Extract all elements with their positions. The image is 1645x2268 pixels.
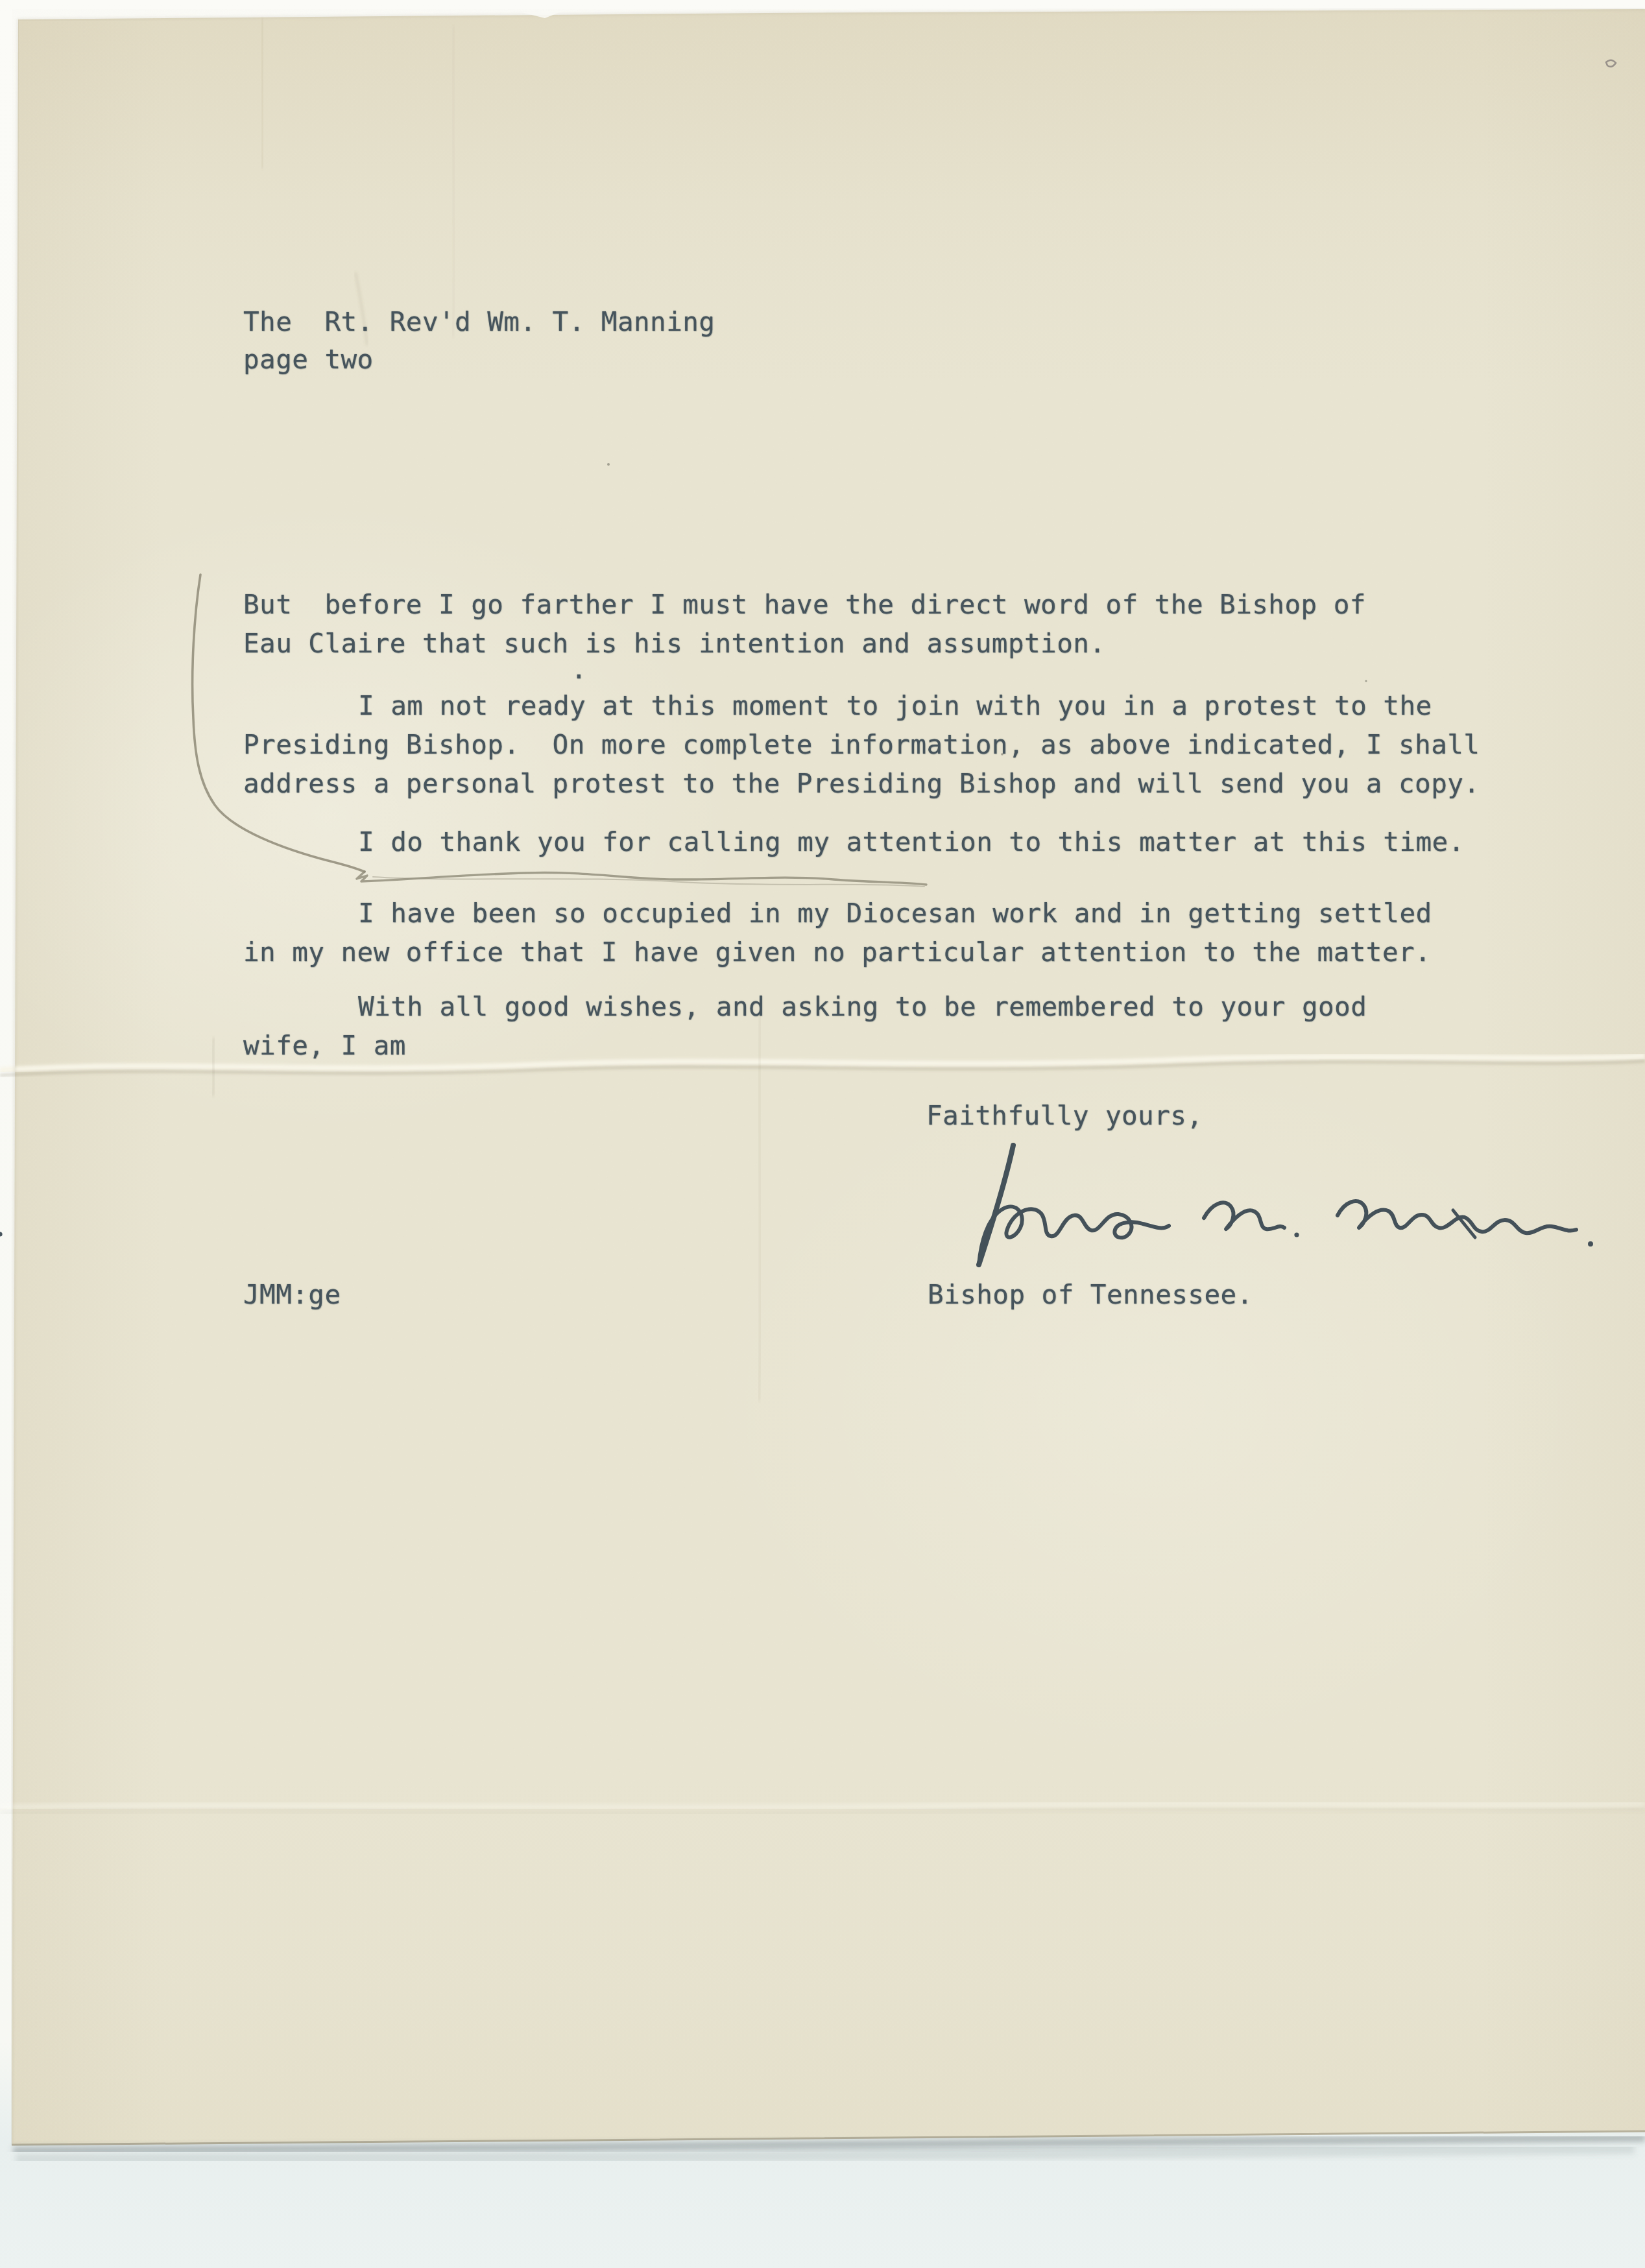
signature-title: Bishop of Tennessee. [928,1282,1253,1308]
body-paragraph2-line2: Presiding Bishop. On more complete infor… [243,732,1480,758]
body-paragraph5-line1: With all good wishes, and asking to be r… [358,994,1367,1020]
body-paragraph5-line2: wife, I am [243,1033,406,1059]
signature-label [973,1141,1596,1271]
stray-typed-period: . [571,656,587,683]
page-number-label: page two [243,346,374,373]
letter-scan: The Rt. Rev'd Wm. T. Manning page two Bu… [0,0,1645,2268]
body-paragraph1-line1: But before I go farther I must have the … [243,591,1366,618]
addressee-line: The Rt. Rev'd Wm. T. Manning [243,309,715,335]
body-paragraph2-line1: I am not ready at this moment to join wi… [358,693,1432,719]
body-paragraph1-line2: Eau Claire that such is his intention an… [243,630,1105,657]
body-paragraph4-line2: in my new office that I have given no pa… [243,939,1431,966]
body-paragraph2-line3: address a personal protest to the Presid… [243,770,1480,797]
typist-reference-initials: JMM:ge [243,1282,341,1308]
valediction: Faithfully yours, [926,1103,1203,1129]
paper-sheet [0,0,1645,2268]
body-paragraph3-line1: I do thank you for calling my attention … [358,829,1465,855]
body-paragraph4-line1: I have been so occupied in my Diocesan w… [358,900,1432,927]
